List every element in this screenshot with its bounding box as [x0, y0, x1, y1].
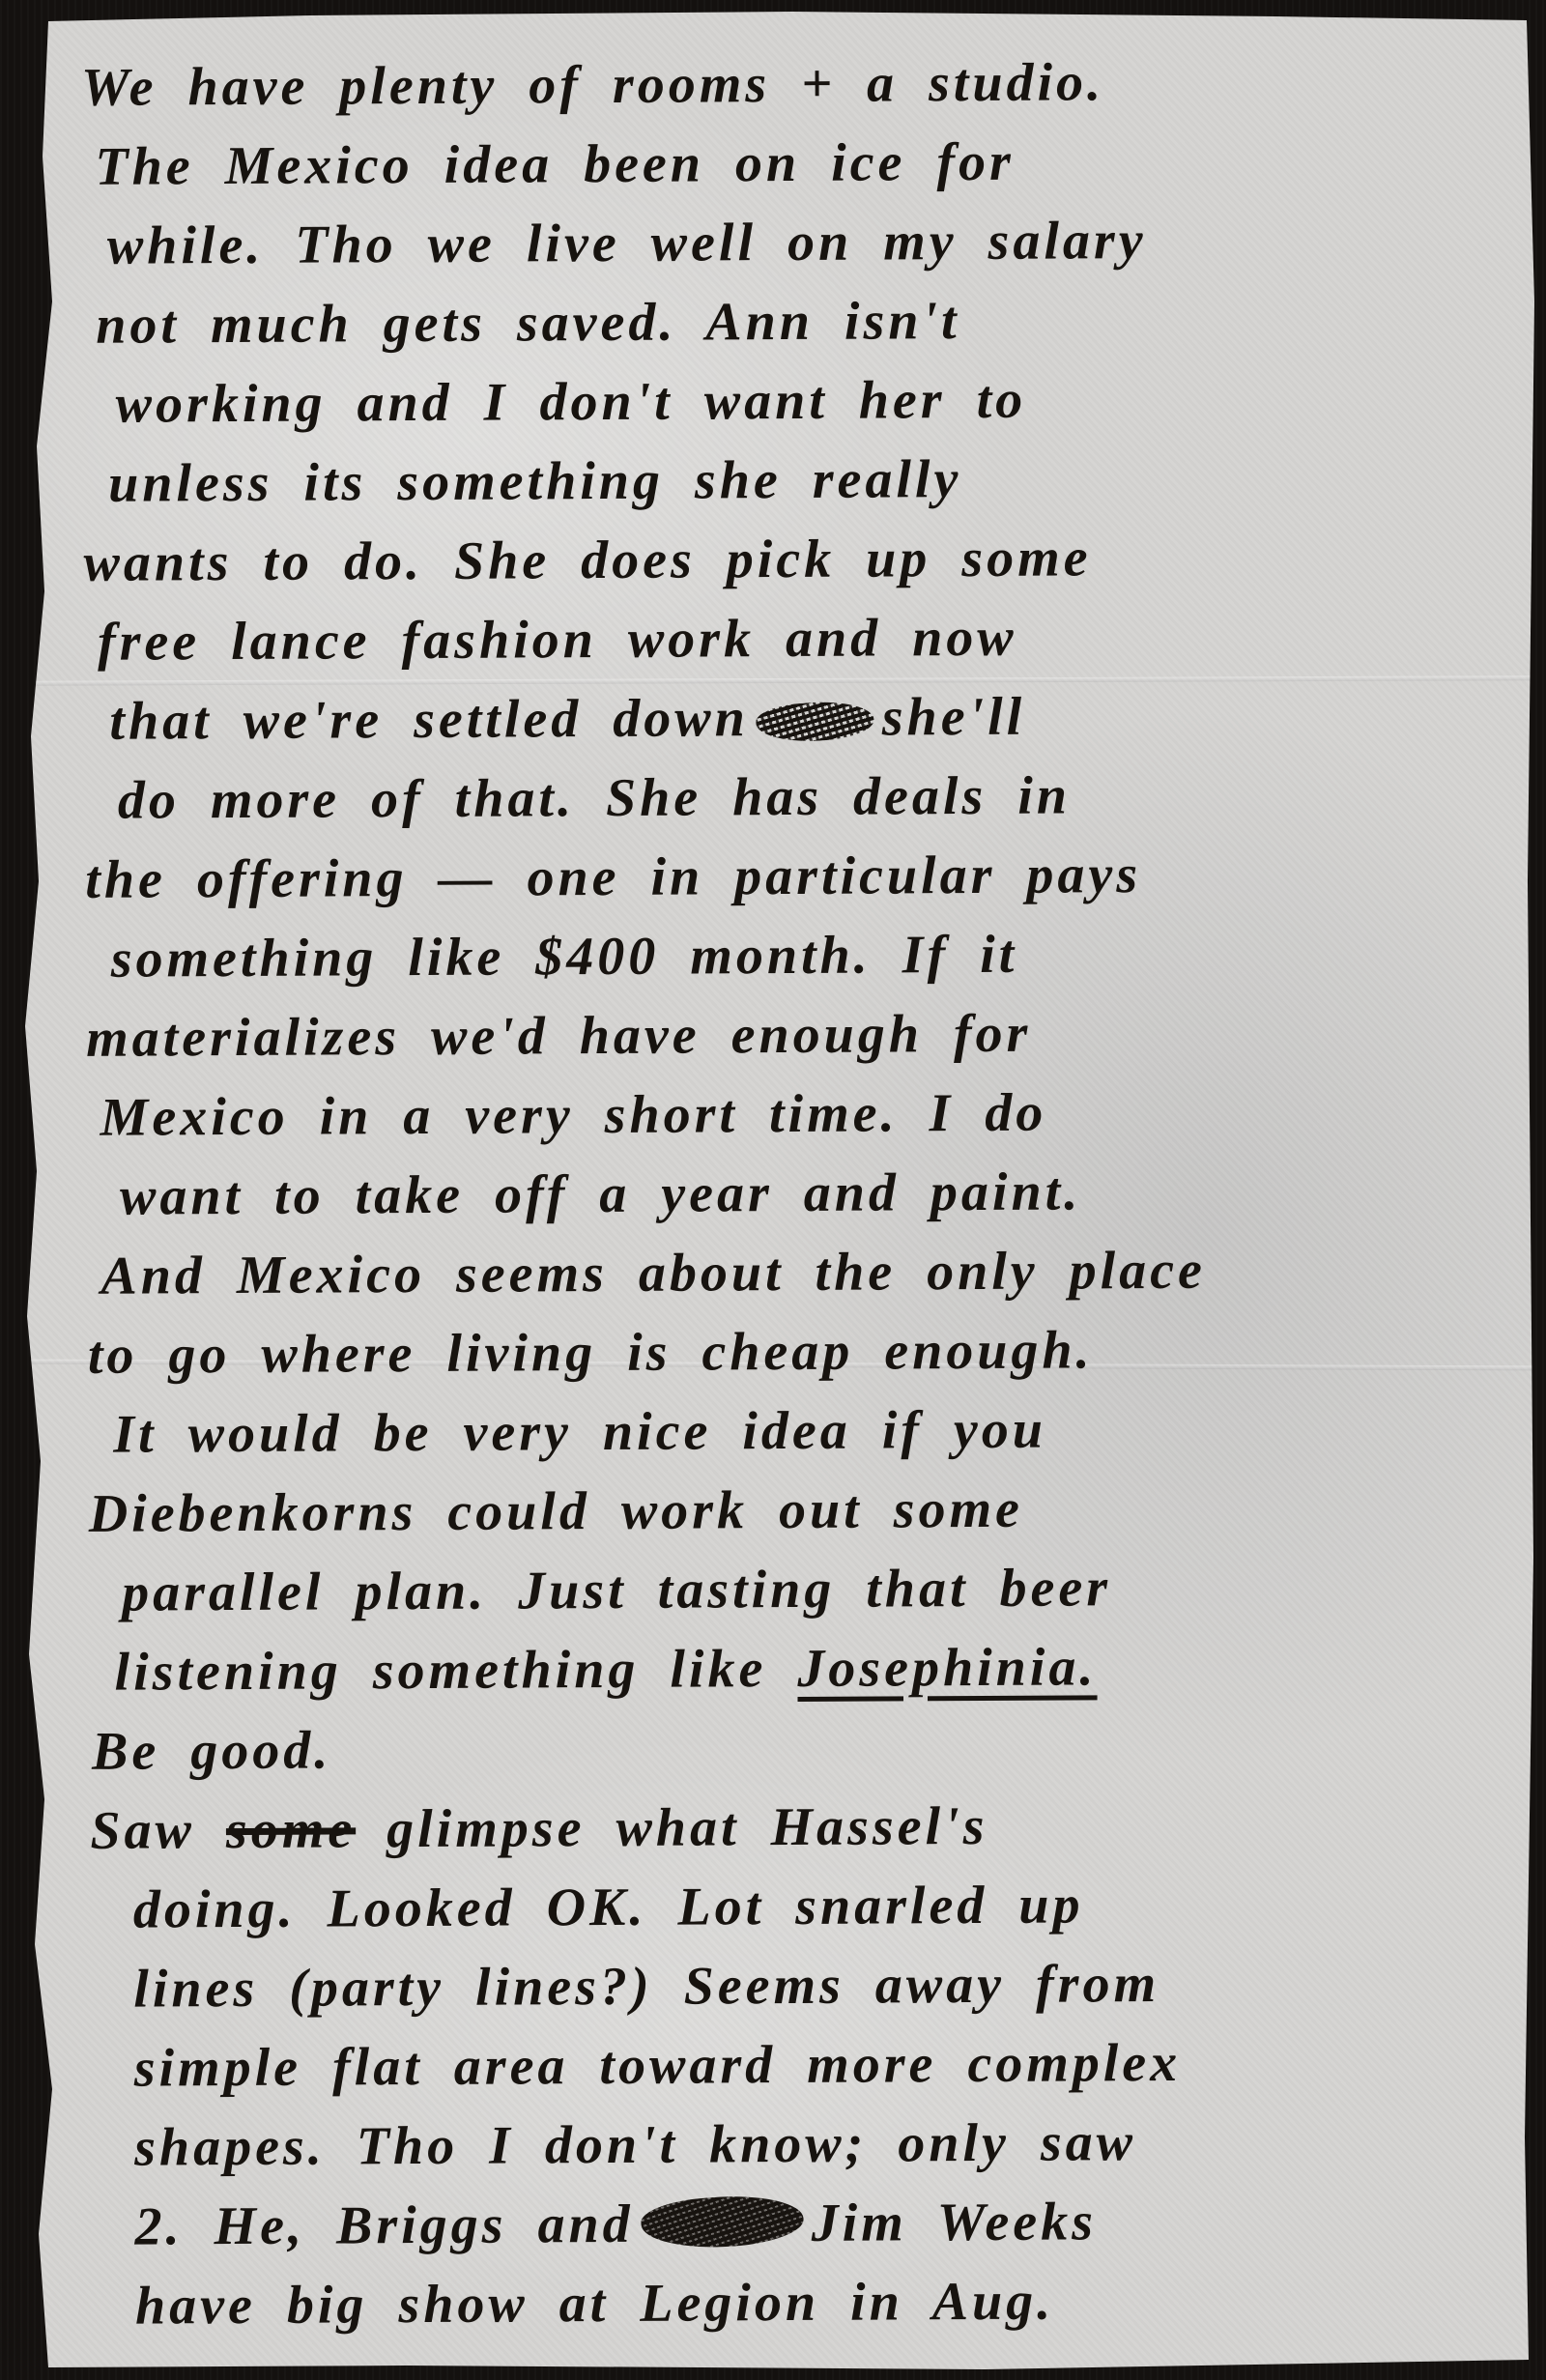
letter-line: listening something like Josephinia.	[89, 1625, 1500, 1712]
letter-line: It would be very nice idea if you	[88, 1388, 1499, 1475]
letter-line: Be good.	[90, 1705, 1501, 1792]
letter-text: Diebenkorns could work out some	[89, 1479, 1024, 1544]
letter-body: We have plenty of rooms + a studio.The M…	[81, 41, 1503, 2346]
letter-text: listening something like	[114, 1639, 797, 1703]
letter-line: working and I don't want her to	[83, 358, 1494, 444]
letter-text: the offering — one in particular pays	[85, 845, 1141, 910]
letter-line: shapes. Tho I don't know; only saw	[92, 2101, 1503, 2188]
letter-line: free lance fashion work and now	[84, 595, 1495, 682]
letter-line: that we're settled downshe'll	[84, 674, 1495, 761]
letter-text: to go where living is cheap enough.	[88, 1320, 1094, 1385]
letter-text: lines (party lines?) Seems away from	[133, 1954, 1159, 2020]
letter-line: not much gets saved. Ann isn't	[82, 278, 1493, 365]
letter-text: have big show at Legion in Aug.	[135, 2272, 1054, 2337]
letter-text: unless its something she really	[108, 449, 962, 514]
letter-text: Jim Weeks	[811, 2192, 1097, 2253]
letter-text: not much gets saved. Ann isn't	[96, 291, 960, 356]
letter-line: We have plenty of rooms + a studio.	[81, 41, 1492, 128]
letter-text: while. Tho we live well on my salary	[107, 211, 1147, 276]
letter-text: It would be very nice idea if you	[113, 1400, 1046, 1465]
scribbled-out-word	[640, 2191, 805, 2252]
letter-text: Mexico in a very short time. I do	[100, 1083, 1046, 1148]
letter-line: lines (party lines?) Seems away from	[91, 1942, 1502, 2029]
letter-line: Mexico in a very short time. I do	[86, 1071, 1497, 1158]
letter-line: Diebenkorns could work out some	[89, 1467, 1500, 1554]
letter-line: to go where living is cheap enough.	[88, 1308, 1499, 1395]
letter-line: unless its something she really	[83, 437, 1494, 524]
letter-line: doing. Looked OK. Lot snarled up	[91, 1863, 1502, 1950]
letter-text: parallel plan. Just tasting that beer	[122, 1558, 1111, 1622]
scan-backdrop: We have plenty of rooms + a studio.The M…	[0, 0, 1546, 2380]
letter-text: do more of that. She has deals in	[118, 765, 1071, 830]
letter-line: The Mexico idea been on ice for	[81, 120, 1492, 207]
letter-line: the offering — one in particular pays	[85, 833, 1496, 920]
letter-text: she'll	[882, 687, 1026, 748]
letter-text: The Mexico idea been on ice for	[95, 132, 1015, 197]
scribbled-out-word	[755, 698, 875, 745]
letter-text: that we're settled down	[109, 688, 749, 751]
letter-text: 2. He, Briggs and	[134, 2194, 633, 2257]
letter-text: Saw	[90, 1800, 226, 1861]
letter-line: Saw some glimpse what Hassel's	[90, 1784, 1501, 1871]
letter-text: doing. Looked OK. Lot snarled up	[133, 1875, 1084, 1939]
letter-line: materializes we'd have enough for	[86, 991, 1497, 1078]
letter-text: want to take off a year and paint.	[120, 1161, 1082, 1226]
letter-text: glimpse what Hassel's	[356, 1796, 988, 1859]
letter-text: free lance fashion work and now	[98, 608, 1017, 673]
letter-line: want to take off a year and paint.	[87, 1150, 1498, 1237]
letter-text: We have plenty of rooms + a studio.	[81, 52, 1104, 118]
letter-text: working and I don't want her to	[116, 370, 1027, 435]
letter-line: have big show at Legion in Aug.	[93, 2259, 1503, 2346]
letter-line: And Mexico seems about the only place	[87, 1229, 1498, 1316]
letter-line: something like $400 month. If it	[86, 912, 1497, 999]
letter-text: wants to do. She does pick up some	[83, 528, 1091, 592]
crossed-out-word: some	[226, 1799, 357, 1860]
letter-text: And Mexico seems about the only place	[100, 1241, 1206, 1306]
letter-page: We have plenty of rooms + a studio.The M…	[19, 12, 1536, 2369]
letter-text: simple flat area toward more complex	[134, 2033, 1182, 2099]
letter-line: parallel plan. Just tasting that beer	[89, 1546, 1500, 1633]
letter-text: materializes we'd have enough for	[86, 1004, 1032, 1069]
letter-line: wants to do. She does pick up some	[83, 516, 1494, 603]
letter-text: Be good.	[92, 1721, 332, 1782]
letter-line: while. Tho we live well on my salary	[82, 199, 1493, 286]
letter-line: do more of that. She has deals in	[85, 754, 1496, 841]
letter-line: simple flat area toward more complex	[92, 2022, 1503, 2108]
letter-text: something like $400 month. If it	[111, 925, 1018, 989]
underlined-word: Josephinia.	[797, 1637, 1097, 1699]
letter-text: shapes. Tho I don't know; only saw	[134, 2112, 1136, 2177]
letter-line: 2. He, Briggs andJim Weeks	[92, 2180, 1503, 2267]
